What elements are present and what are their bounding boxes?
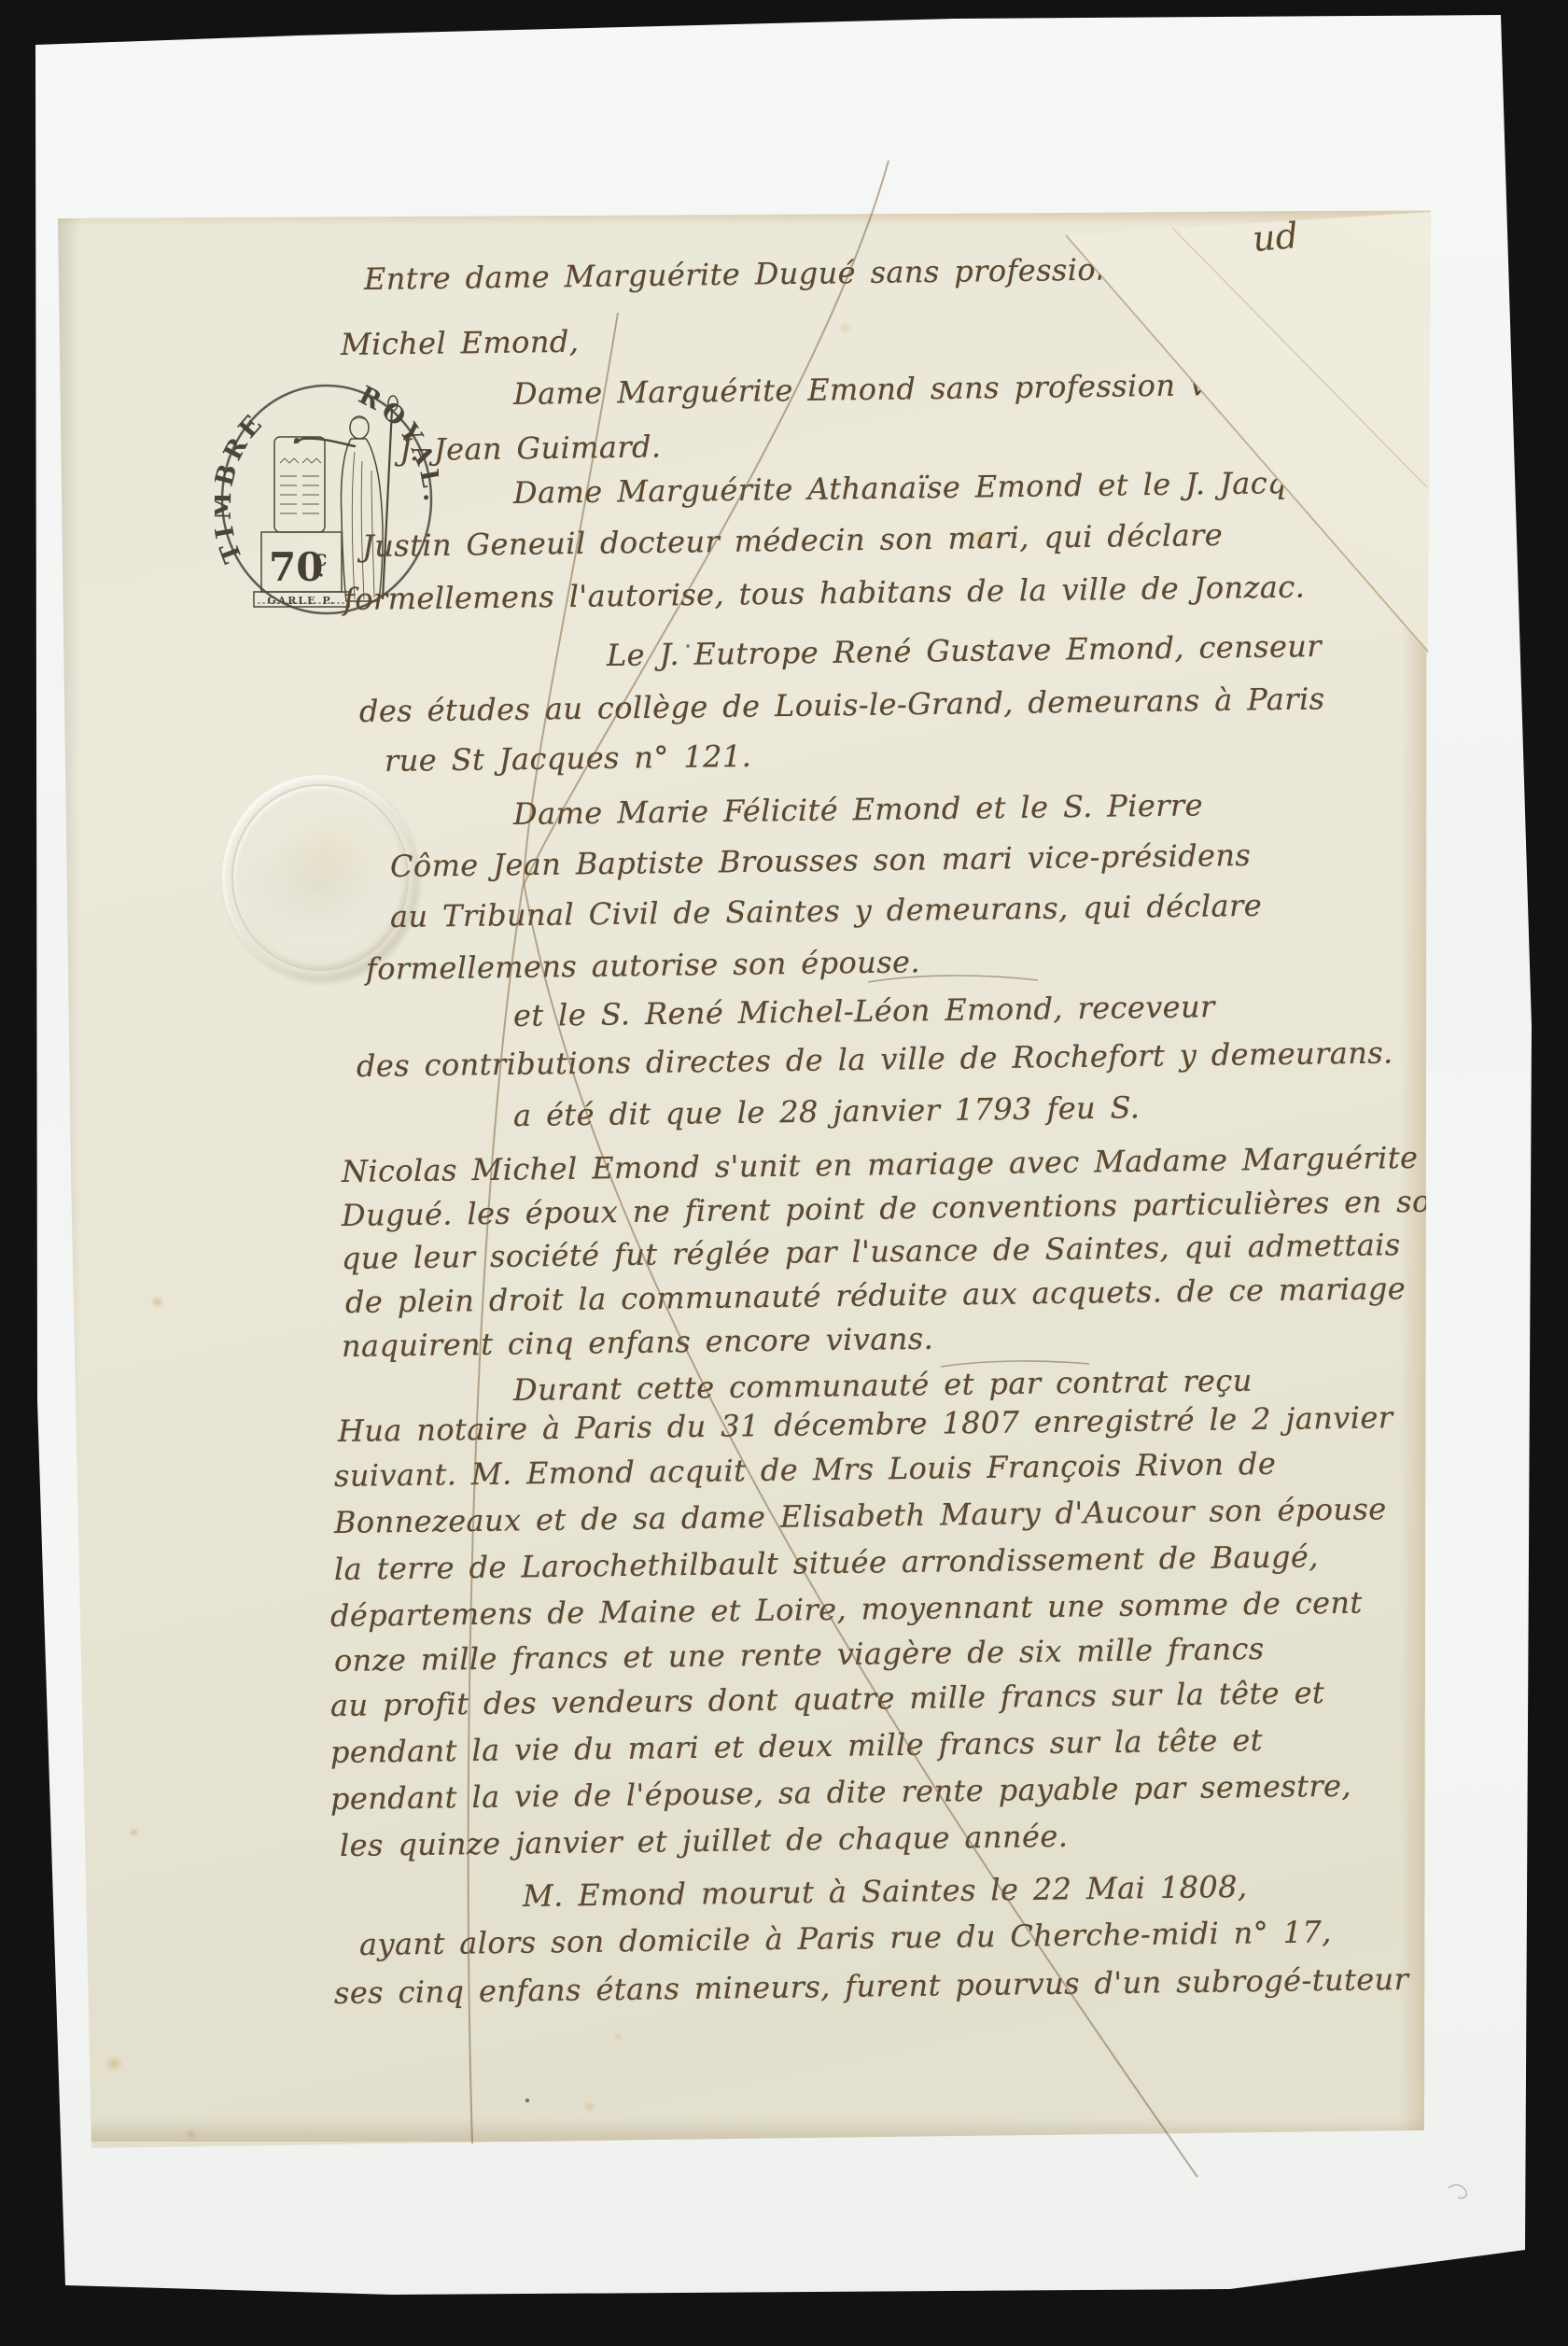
pencil-mark [1449,2184,1466,2198]
fold-crease-main [1066,235,1428,652]
ink-fleck [1126,1749,1129,1753]
crease-left [469,161,889,2143]
ink-fleck [686,644,690,648]
pen-flourish [941,1361,1089,1367]
fold-crease-inner [1172,228,1427,487]
crease-right [524,313,1197,2177]
crease-lines [0,0,1568,2346]
scan-background: TIMBRE ROYAL. 70 c [0,0,1568,2346]
ink-fleck [525,2099,529,2102]
pen-flourish [868,976,1038,982]
